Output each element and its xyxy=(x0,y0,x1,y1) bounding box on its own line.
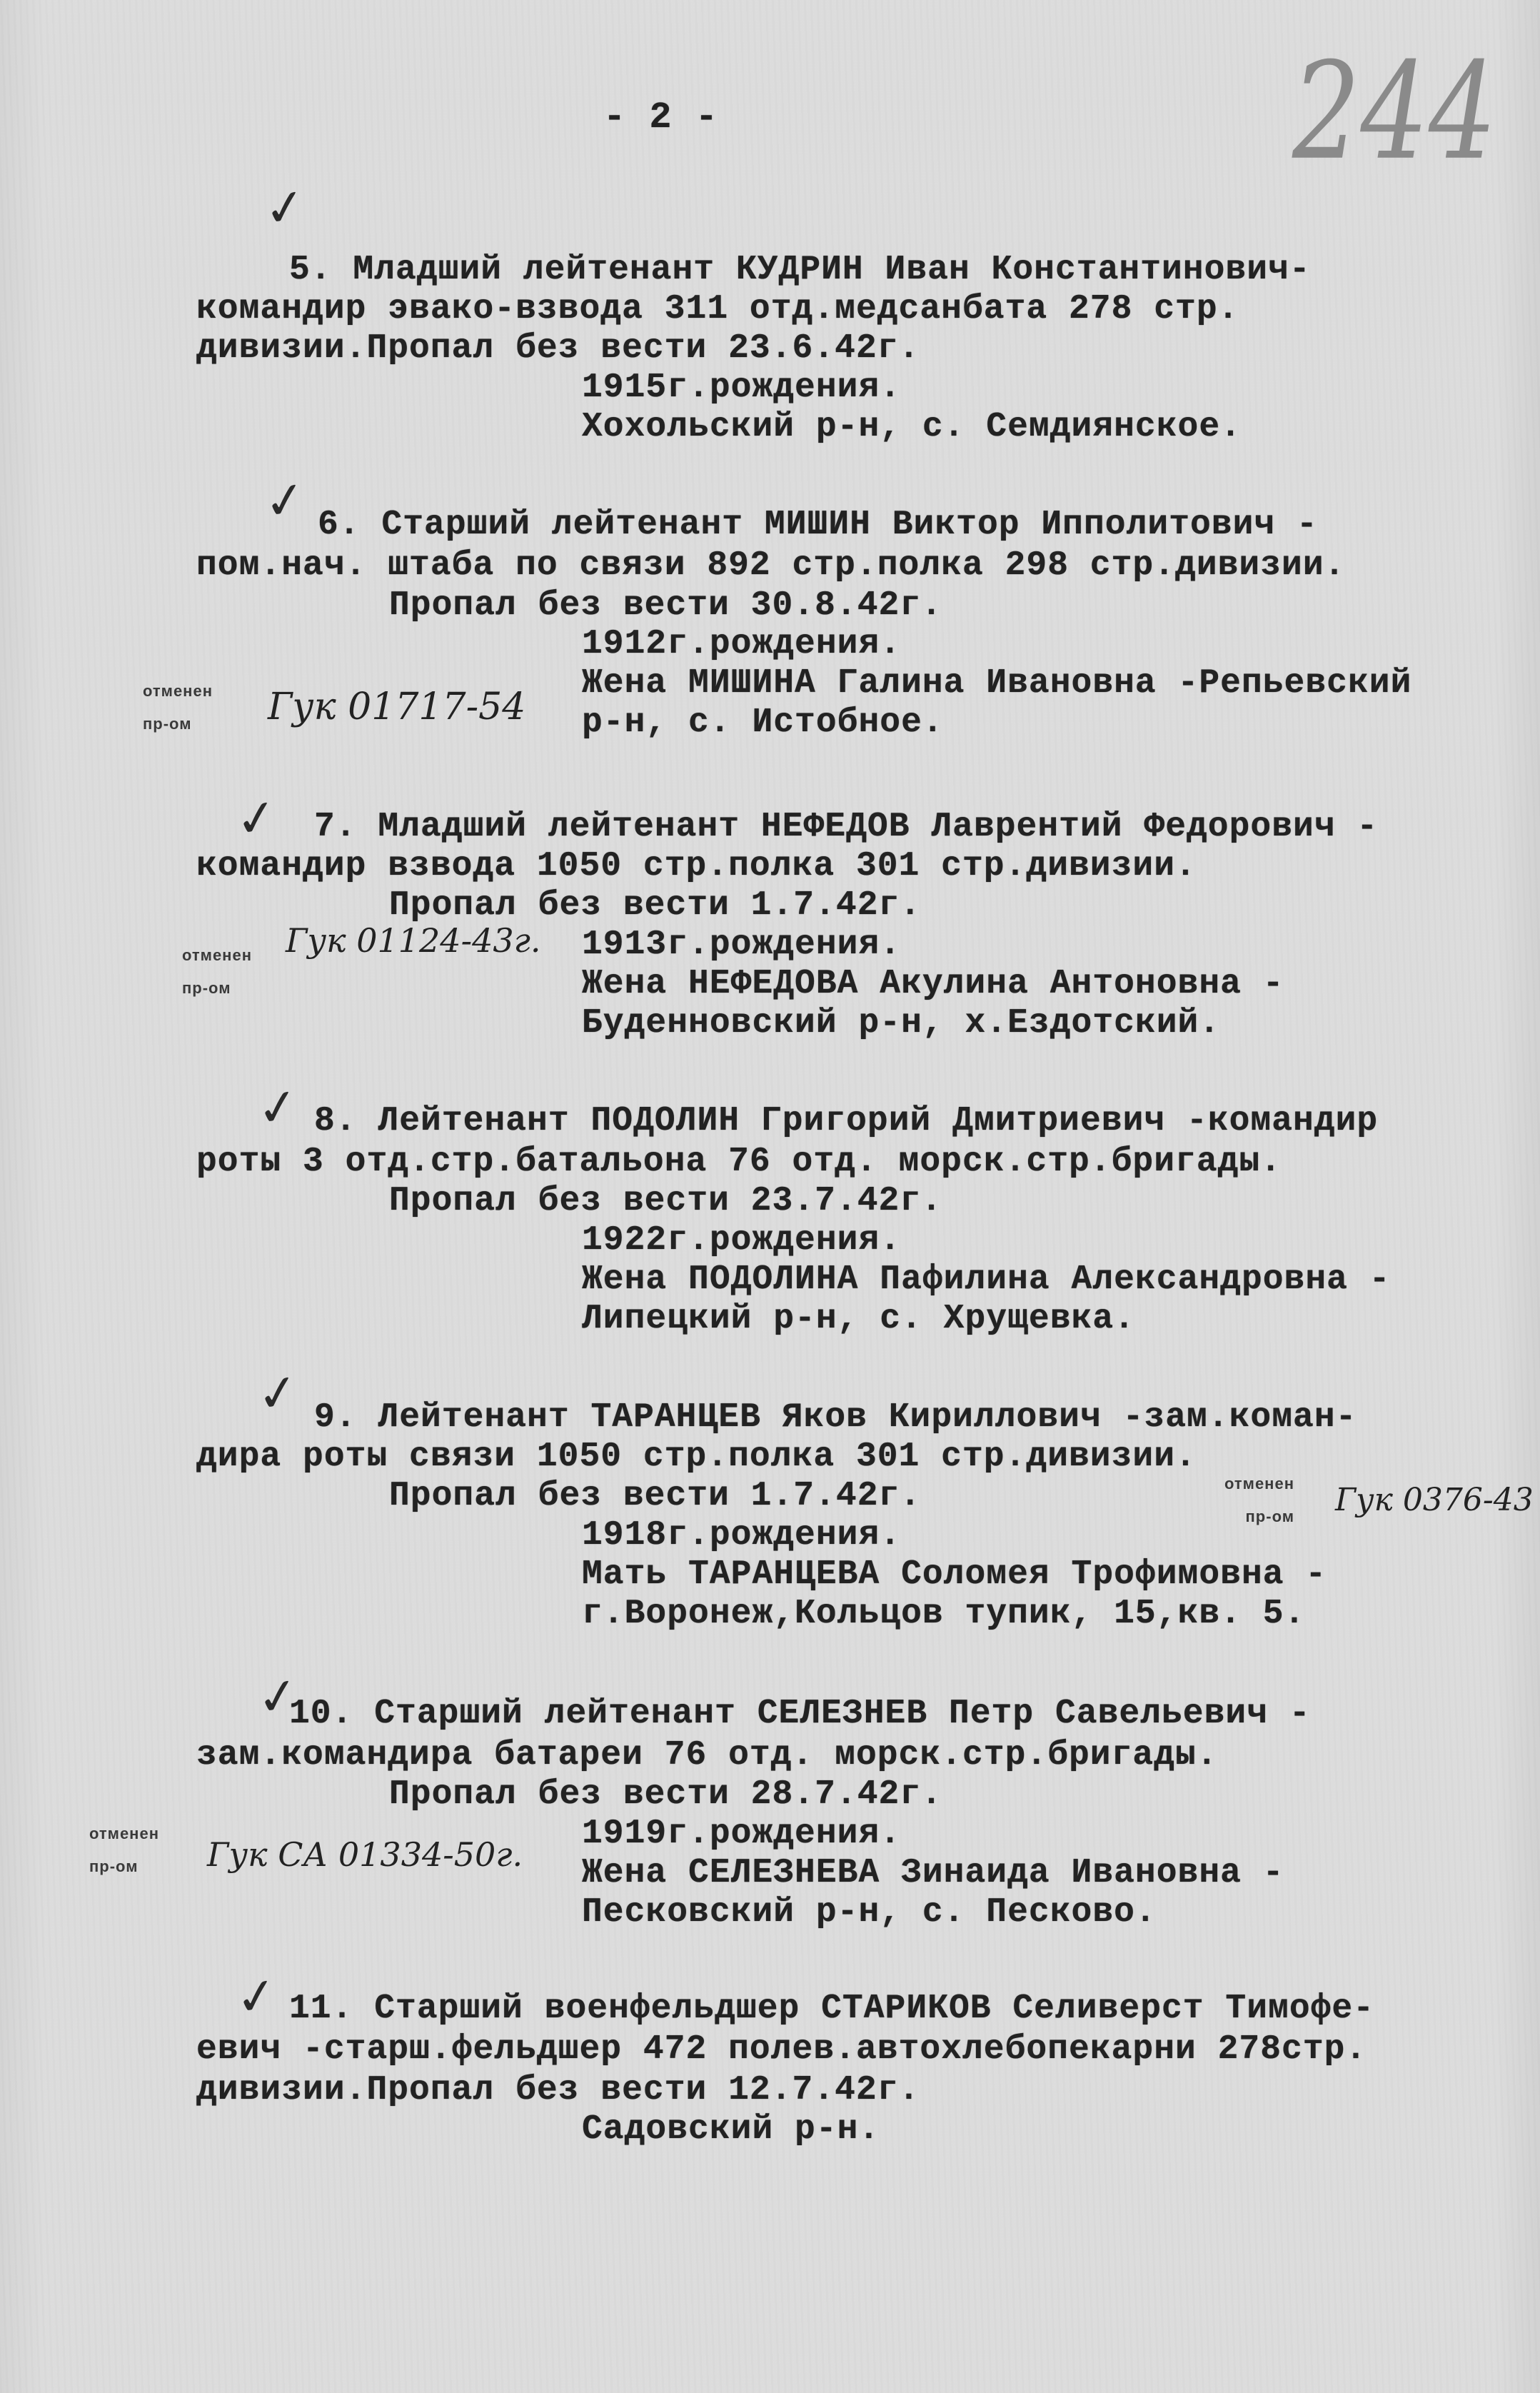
entry-line: Жена СЕЛЕЗНЕВА Зинаида Ивановна - xyxy=(582,1852,1284,1895)
entry-line: 1913г.рождения. xyxy=(582,923,901,966)
entry-line: пом.нач. штаба по связи 892 стр.полка 29… xyxy=(196,544,1345,587)
entry-line: 1915г.рождения. xyxy=(582,366,901,409)
entry-line: 1919г.рождения. xyxy=(582,1812,901,1855)
handwritten-note: Гук 01124-43г. xyxy=(286,921,541,960)
entry-line: Садовский р-н. xyxy=(582,2108,880,2151)
document-page: - 2 - 244 ✓ 5. Младший лейтенант КУДРИН … xyxy=(0,0,1540,2393)
entry-line: р-н, с. Истобное. xyxy=(582,701,944,744)
entry-line: Жена НЕФЕДОВА Акулина Антоновна - xyxy=(582,963,1284,1005)
entry-line: 5. Младший лейтенант КУДРИН Иван Констан… xyxy=(289,249,1311,291)
handwritten-note: Гук 0376-43 xyxy=(1335,1482,1534,1518)
entry-line: зам.командира батареи 76 отд. морск.стр.… xyxy=(196,1734,1218,1777)
entry-line: Жена ПОДОЛИНА Пафилина Александровна - xyxy=(582,1258,1391,1301)
entry-line: Хохольский р-н, с. Семдиянское. xyxy=(582,406,1242,448)
entry-line: командир взвода 1050 стр.полка 301 стр.д… xyxy=(196,845,1197,888)
page-number: - 2 - xyxy=(603,96,718,139)
check-mark-icon: ✓ xyxy=(261,176,310,239)
check-mark-icon: ✓ xyxy=(232,1965,281,2028)
entry-line: 7. Младший лейтенант НЕФЕДОВ Лаврентий Ф… xyxy=(314,806,1378,848)
entry-line: 1912г.рождения. xyxy=(582,623,901,666)
check-mark-icon: ✓ xyxy=(261,468,310,532)
entry-line: Пропал без вести 28.7.42г. xyxy=(389,1773,942,1816)
entry-line: Пропал без вести 30.8.42г. xyxy=(389,584,942,627)
check-mark-icon: ✓ xyxy=(253,1075,303,1139)
entry-line: дира роты связи 1050 стр.полка 301 стр.д… xyxy=(196,1435,1197,1478)
archive-sheet-number: 244 xyxy=(1292,34,1496,190)
entry-line: 11. Старший военфельдшер СТАРИКОВ Селиве… xyxy=(289,1987,1374,2030)
entry-line: командир эвако-взвода 311 отд.медсанбата… xyxy=(196,288,1239,331)
entry-line: дивизии.Пропал без вести 23.6.42г. xyxy=(196,327,920,370)
check-mark-icon: ✓ xyxy=(232,786,281,850)
entry-line: Пропал без вести 1.7.42г. xyxy=(389,1475,921,1517)
entry-line: Жена МИШИНА Галина Ивановна -Репьевский xyxy=(582,662,1411,705)
entry-line: Липецкий р-н, с. Хрущевка. xyxy=(582,1298,1135,1340)
handwritten-note: Гук СА 01334-50г. xyxy=(207,1835,523,1874)
entry-line: Песковский р-н, с. Песково. xyxy=(582,1891,1157,1934)
entry-line: роты 3 отд.стр.батальона 76 отд. морск.с… xyxy=(196,1140,1282,1183)
cancel-stamp: отмененпр-ом xyxy=(182,939,252,1005)
entry-line: 1922г.рождения. xyxy=(582,1219,901,1262)
cancel-stamp: отмененпр-ом xyxy=(143,675,213,741)
check-mark-icon: ✓ xyxy=(253,1361,303,1425)
entry-line: 9. Лейтенант ТАРАНЦЕВ Яков Кириллович -з… xyxy=(314,1396,1357,1439)
entry-line: дивизии.Пропал без вести 12.7.42г. xyxy=(196,2069,920,2112)
entry-line: 10. Старший лейтенант СЕЛЕЗНЕВ Петр Саве… xyxy=(289,1692,1311,1735)
entry-line: 8. Лейтенант ПОДОЛИН Григорий Дмитриевич… xyxy=(314,1100,1378,1143)
entry-line: Буденновский р-н, х.Ездотский. xyxy=(582,1002,1220,1045)
entry-line: Мать ТАРАНЦЕВА Соломея Трофимовна - xyxy=(582,1553,1327,1596)
cancel-stamp: отмененпр-ом xyxy=(1224,1468,1294,1533)
entry-line: г.Воронеж,Кольцов тупик, 15,кв. 5. xyxy=(582,1592,1305,1635)
entry-line: Пропал без вести 1.7.42г. xyxy=(389,884,921,927)
entry-line: Пропал без вести 23.7.42г. xyxy=(389,1180,942,1223)
entry-line: 6. Старший лейтенант МИШИН Виктор Ипполи… xyxy=(318,503,1318,546)
entry-line: 1918г.рождения. xyxy=(582,1514,901,1557)
cancel-stamp: отмененпр-ом xyxy=(89,1817,159,1883)
entry-line: евич -старш.фельдшер 472 полев.автохлебо… xyxy=(196,2028,1367,2071)
handwritten-note: Гук 01717-54 xyxy=(268,686,525,728)
